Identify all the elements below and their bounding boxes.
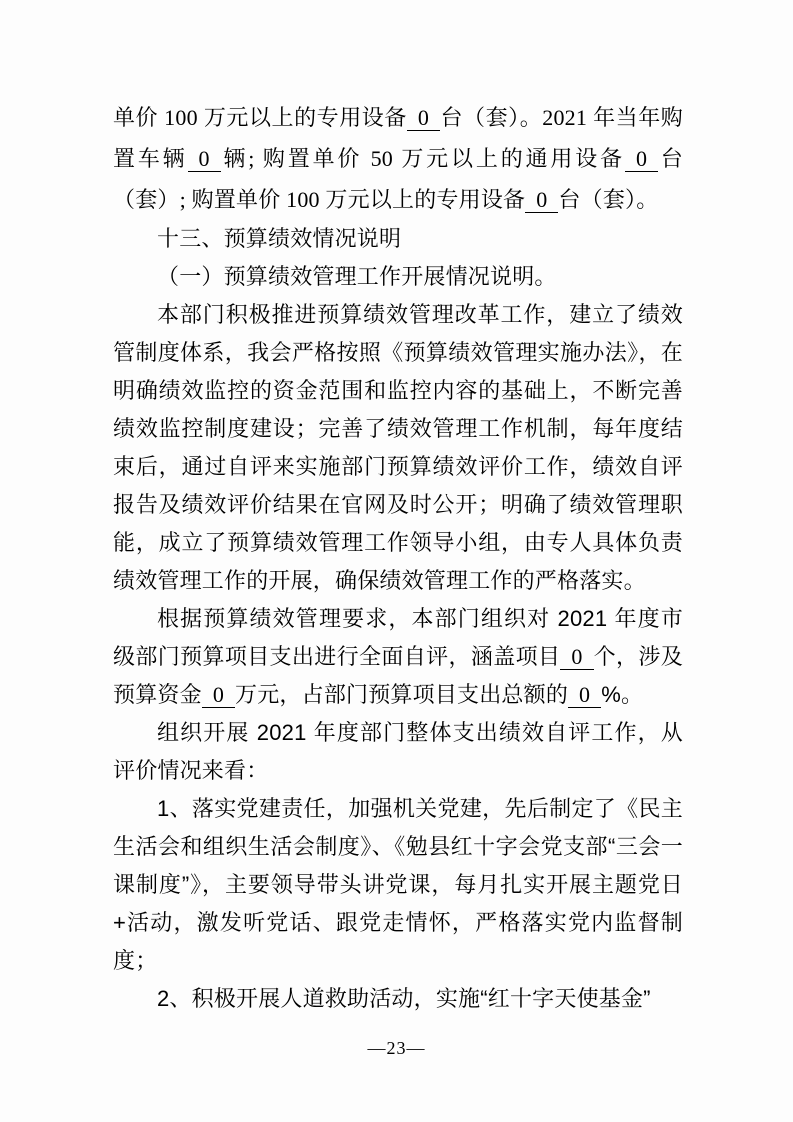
underlined-fill-in-value: 0 [202, 682, 235, 708]
overall-self-evaluation-paragraph: 组织开展 2021 年度部门整体支出绩效自评工作，从评价情况来看： [113, 714, 683, 790]
underlined-fill-in-value: 0 [625, 146, 658, 172]
underlined-fill-in-value: 0 [407, 105, 440, 131]
underlined-fill-in-value: 0 [188, 146, 221, 172]
equipment-purchase-continuation: 单价 100 万元以上的专用设备0台（套）。2021 年当年购置车辆0辆; 购置… [113, 97, 683, 220]
text-run: 万元，占部门预算项目支出总额的 [235, 682, 568, 707]
text-run: 2、积极开展人道救助活动，实施“红十字天使基金” [157, 986, 651, 1011]
text-run: 辆; 购置单价 50 万元以上的通用设备 [221, 146, 625, 171]
performance-management-paragraph: 本部门积极推进预算绩效管理改革工作，建立了绩效管制度体系，我会严格按照《预算绩效… [113, 296, 683, 600]
underlined-fill-in-value: 0 [560, 644, 593, 670]
underlined-fill-in-value: 0 [568, 682, 601, 708]
text-run: 台（套）。 [558, 187, 658, 212]
section-heading: 十三、预算绩效情况说明 [113, 220, 683, 258]
project-self-evaluation-paragraph: 根据预算绩效管理要求，本部门组织对 2021 年度市级部门预算项目支出进行全面自… [113, 600, 683, 714]
party-building-item: 1、落实党建责任，加强机关党建，先后制定了《民主生活会和组织生活会制度》、《勉县… [113, 790, 683, 980]
humanitarian-aid-item: 2、积极开展人道救助活动，实施“红十字天使基金” [113, 980, 683, 1018]
text-run: 本部门积极推进预算绩效管理改革工作，建立了绩效管制度体系，我会严格按照《预算绩效… [113, 302, 683, 593]
text-run: 1、落实党建责任，加强机关党建，先后制定了《民主生活会和组织生活会制度》、《勉县… [113, 796, 683, 973]
text-run: 组织开展 2021 年度部门整体支出绩效自评工作，从评价情况来看： [113, 720, 683, 783]
text-run: %。 [601, 682, 643, 707]
page-number: —23— [0, 1038, 793, 1059]
text-run: 十三、预算绩效情况说明 [157, 226, 401, 251]
underlined-fill-in-value: 0 [525, 187, 558, 213]
sub-heading: （一）预算绩效管理工作开展情况说明。 [113, 258, 683, 296]
text-run: （一）预算绩效管理工作开展情况说明。 [157, 264, 557, 289]
text-run: 单价 100 万元以上的专用设备 [113, 105, 407, 130]
document-content: 单价 100 万元以上的专用设备0台（套）。2021 年当年购置车辆0辆; 购置… [113, 97, 683, 1018]
document-page: 单价 100 万元以上的专用设备0台（套）。2021 年当年购置车辆0辆; 购置… [0, 0, 793, 1122]
